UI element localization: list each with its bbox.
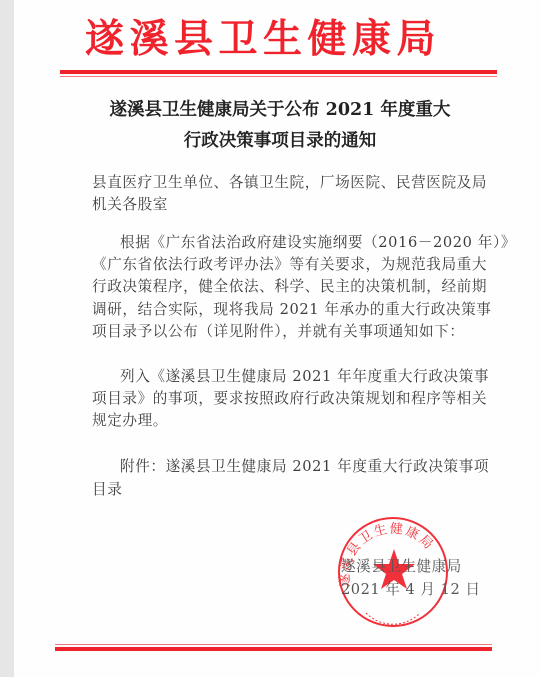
recipients-line-2: 机关各股室 xyxy=(92,195,168,215)
masthead-title: 遂溪县卫生健康局 xyxy=(85,14,485,64)
viewer-left-margin xyxy=(0,0,14,677)
paragraph1-line-1: 根据《广东省法治政府建设实施纲要（2016－2020 年）》 xyxy=(120,233,516,253)
document-title-line-1: 遂溪县卫生健康局关于公布 2021 年度重大 xyxy=(60,99,500,121)
recipients-line-1: 县直医疗卫生单位、各镇卫生院，厂场医院、民营医院及局 xyxy=(92,173,487,193)
paragraph1-line-5: 项目录予以公布（详见附件），并就有关事项通知如下： xyxy=(92,322,465,342)
paragraph1-line-3: 行政决策程序，健全依法、科学、民主的决策机制，经前期 xyxy=(92,277,487,297)
paragraph2-line-2: 项目录》的事项，要求按照政府行政决策规划和程序等相关 xyxy=(92,389,487,409)
document-title-line-2: 行政决策事项目录的通知 xyxy=(60,130,500,152)
masthead-rule-thick xyxy=(60,70,497,74)
paragraph1-line-4: 调研，结合实际，现将我局 2021 年承办的重大行政决策事 xyxy=(92,300,491,320)
signature-date: 2021 年 4 月 12 日 xyxy=(341,580,480,600)
attachment-line-2: 目录 xyxy=(92,480,122,500)
signature-organization: 遂溪县卫生健康局 xyxy=(341,557,462,577)
masthead-rule-thin xyxy=(60,76,497,77)
paragraph1-line-2: 《广东省依法行政考评办法》等有关要求，为规范我局重大 xyxy=(92,255,487,275)
paragraph2-line-3: 规定办理。 xyxy=(92,411,168,431)
footer-rule-thin xyxy=(55,644,492,645)
attachment-line-1: 附件：遂溪县卫生健康局 2021 年度重大行政决策事项 xyxy=(120,457,489,477)
footer-rule-thick xyxy=(55,647,492,651)
paragraph2-line-1: 列入《遂溪县卫生健康局 2021 年年度重大行政决策事 xyxy=(120,367,489,387)
